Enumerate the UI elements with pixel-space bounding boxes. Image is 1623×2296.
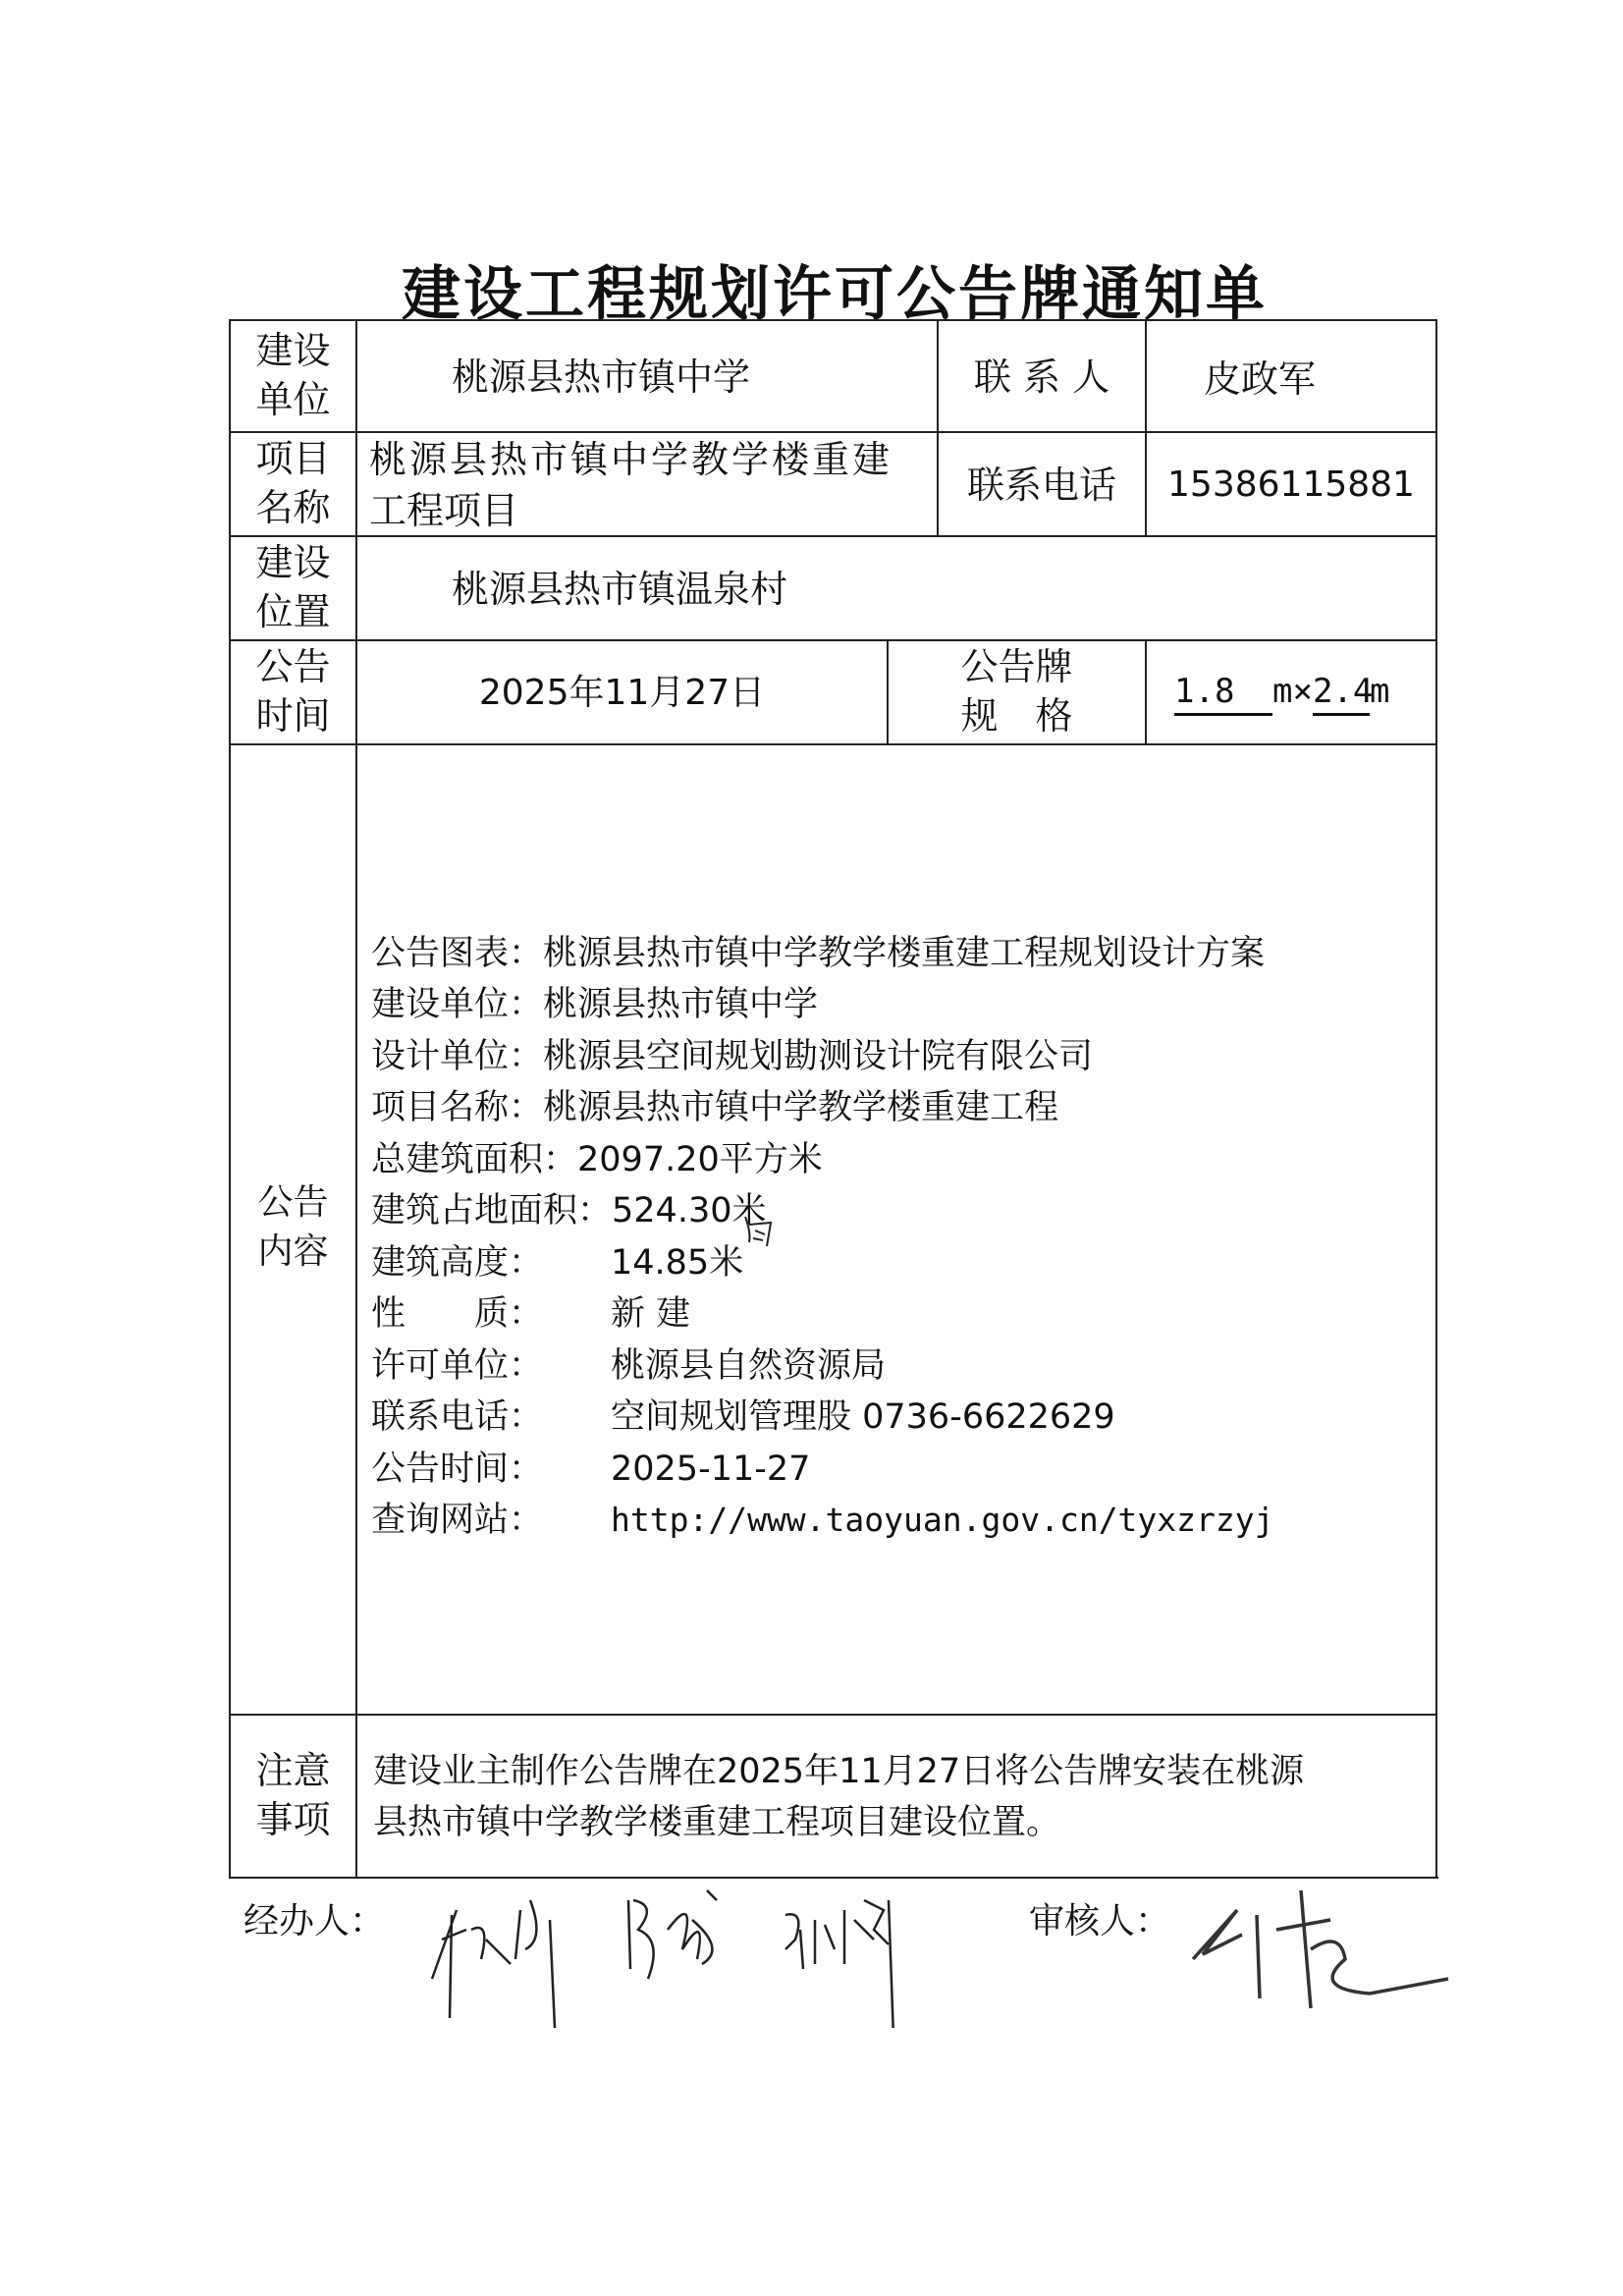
- label-contact-phone: 联系电话: [939, 460, 1145, 511]
- content-line-project-name: 项目名称：桃源县热市镇中学教学楼重建工程: [371, 1082, 1058, 1133]
- row-divider-5: [229, 1714, 1436, 1716]
- row-divider-3: [229, 639, 1436, 641]
- contact-phone-value: 15386115881: [1147, 460, 1435, 511]
- label-notes: 注意 事项: [231, 1746, 355, 1844]
- contact-person-value: 皮政军: [1204, 354, 1316, 405]
- board-spec-width: 1.8: [1174, 670, 1272, 716]
- board-spec-value: 1.8m×2.4m: [1174, 666, 1389, 717]
- reviewer-label: 审核人：: [1029, 1893, 1170, 1943]
- label-contact-person: 联 系 人: [939, 352, 1145, 403]
- content-line-nature: 性 质：新 建: [371, 1288, 690, 1339]
- table-border-top: [229, 319, 1436, 321]
- content-line-footprint-area: 建筑占地面积：524.30米: [371, 1185, 766, 1236]
- col-divider-r4-b: [1145, 639, 1147, 745]
- construction-unit-value: 桃源县热市镇中学: [452, 352, 750, 403]
- label-column-divider: [355, 319, 357, 1879]
- label-board-spec: 公告牌 规 格: [889, 642, 1145, 740]
- label-announce-time: 公告 时间: [231, 642, 355, 740]
- content-line-design-unit: 设计单位：桃源县空间规划勘测设计院有限公司: [371, 1031, 1093, 1082]
- website-link[interactable]: http://www.taoyuan.gov.cn/tyxzrzyj: [611, 1501, 1274, 1539]
- content-line-announce-date: 公告时间：2025-11-27: [371, 1444, 810, 1495]
- location-value: 桃源县热市镇温泉村: [452, 564, 787, 615]
- content-line-contact-phone: 联系电话：空间规划管理股 0736-6622629: [371, 1392, 1115, 1443]
- content-line-height: 建筑高度：14.85米: [371, 1237, 743, 1288]
- label-location: 建设 位置: [231, 538, 355, 636]
- handwritten-annotation-mark: [741, 1213, 781, 1257]
- handler-label: 经办人：: [243, 1893, 385, 1943]
- handler-signatures: [412, 1871, 1001, 2028]
- board-spec-height: 2.4: [1313, 670, 1370, 716]
- content-line-construction-unit: 建设单位：桃源县热市镇中学: [371, 979, 818, 1030]
- announce-time-value: 2025年11月27日: [357, 668, 887, 719]
- content-line-chart: 公告图表：桃源县热市镇中学教学楼重建工程规划设计方案: [371, 928, 1265, 979]
- reviewer-signature: [1183, 1881, 1478, 2018]
- content-line-permit-unit: 许可单位：桃源县自然资源局: [371, 1340, 886, 1392]
- content-line-website: 查询网站：http://www.taoyuan.gov.cn/tyxzrzyj: [371, 1495, 1274, 1546]
- label-content: 公告 内容: [231, 1178, 355, 1277]
- content-line-total-area: 总建筑面积：2097.20平方米: [371, 1134, 823, 1185]
- row-divider-4: [229, 743, 1436, 745]
- table-border-right: [1435, 319, 1437, 1879]
- label-project-name: 项目 名称: [231, 434, 355, 532]
- label-construction-unit: 建设 单位: [231, 326, 355, 424]
- row-divider-1: [229, 431, 1436, 433]
